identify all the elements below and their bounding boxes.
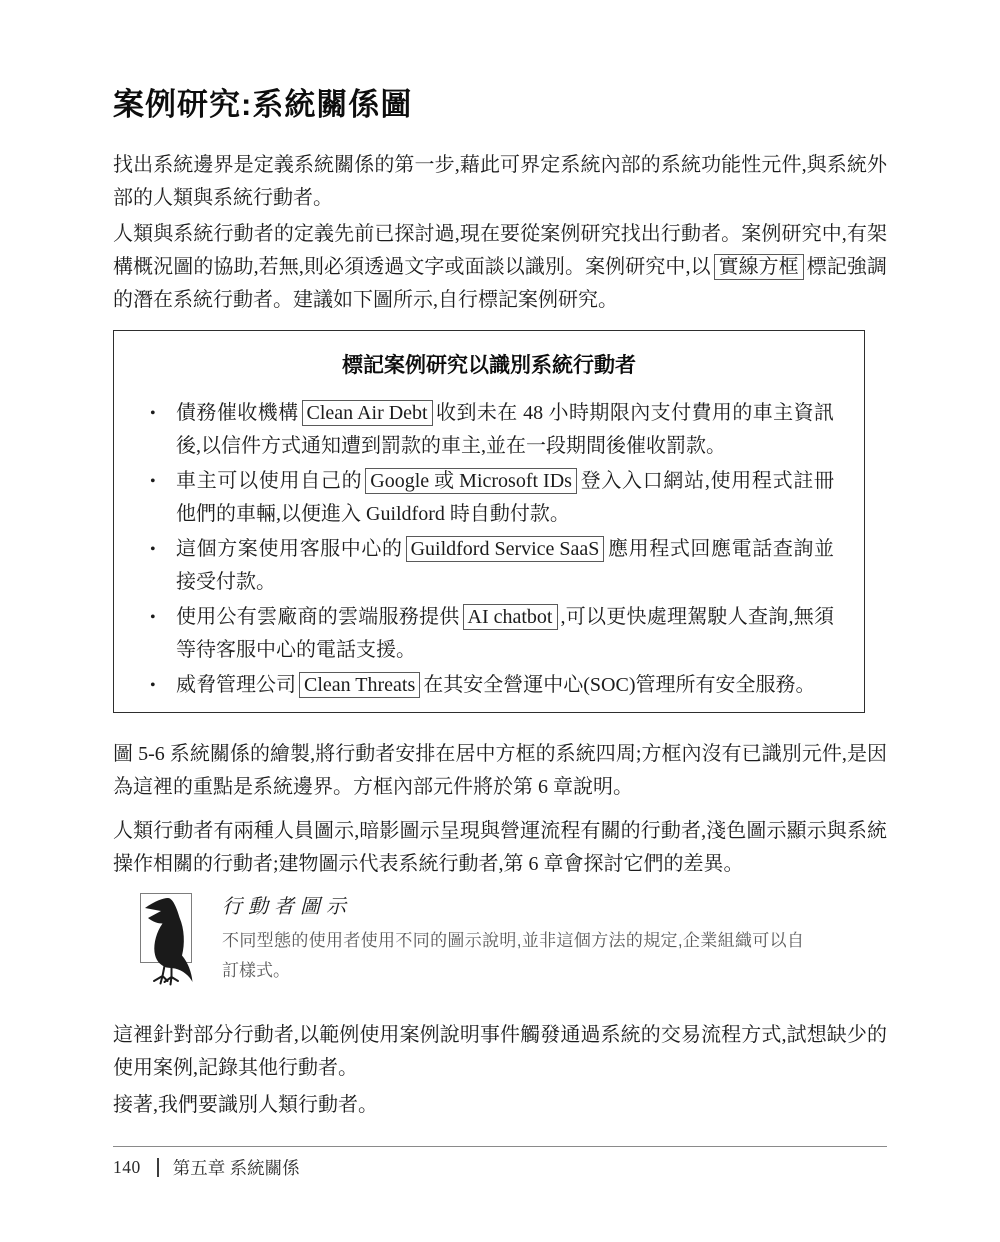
footer-divider (113, 1146, 887, 1147)
note-content: 行動者圖示 不同型態的使用者使用不同的圖示說明,並非這個方法的規定,企業組織可以… (222, 891, 804, 991)
bullet-text: 使用公有雲廠商的雲端服務提供 (176, 606, 460, 628)
paragraph-actors-definition: 人類與系統行動者的定義先前已探討過,現在要從案例研究找出行動者。案例研究中,有架… (113, 218, 887, 317)
page-content: 案例研究:系統關係圖 找出系統邊界是定義系統關係的第一步,藉此可界定系統內部的系… (0, 85, 1000, 1122)
paragraph-use-cases: 這裡針對部分行動者,以範例使用案例說明事件觸發通過系統的交易流程方式,試想缺少的… (113, 1019, 887, 1085)
bullet-text: 車主可以使用自己的 (176, 470, 362, 492)
paragraph-next-step: 接著,我們要識別人類行動者。 (113, 1089, 887, 1122)
footer-separator-bar (157, 1158, 159, 1177)
list-item: 威脅管理公司Clean Threats在其安全營運中心(SOC)管理所有安全服務… (144, 669, 834, 702)
inline-term-guildford-service-saas: Guildford Service SaaS (406, 536, 605, 562)
note-callout: 行動者圖示 不同型態的使用者使用不同的圖示說明,並非這個方法的規定,企業組織可以… (113, 891, 887, 991)
inline-term-clean-threats: Clean Threats (299, 672, 420, 698)
crow-icon (140, 893, 192, 963)
footer-line: 140 第五章 系統關係 (113, 1155, 887, 1180)
list-item: 使用公有雲廠商的雲端服務提供AI chatbot,可以更快處理駕駛人查詢,無須等… (144, 601, 834, 667)
paragraph-figure-5-6: 圖 5-6 系統關係的繪製,將行動者安排在居中方框的系統四周;方框內沒有已識別元… (113, 738, 887, 804)
chapter-title: 第五章 系統關係 (173, 1155, 300, 1180)
inline-term-google-microsoft-ids: Google 或 Microsoft IDs (365, 468, 577, 494)
paragraph-actor-icons: 人類行動者有兩種人員圖示,暗影圖示呈現與營運流程有關的行動者,淺色圖示顯示與系統… (113, 815, 887, 881)
bullet-text: 威脅管理公司 (176, 674, 296, 696)
inline-term-clean-air-debt: Clean Air Debt (302, 400, 433, 426)
page-number: 140 (113, 1157, 141, 1178)
bullet-text: 債務催收機構 (176, 402, 299, 424)
page-footer: 140 第五章 系統關係 (113, 1146, 887, 1180)
case-box-title: 標記案例研究以識別系統行動者 (144, 351, 834, 381)
case-study-box: 標記案例研究以識別系統行動者 債務催收機構Clean Air Debt收到未在 … (113, 330, 865, 713)
book-page: 案例研究:系統關係圖 找出系統邊界是定義系統關係的第一步,藉此可界定系統內部的系… (0, 0, 1000, 1242)
bullet-text: 在其安全營運中心(SOC)管理所有安全服務。 (423, 674, 815, 696)
note-body: 不同型態的使用者使用不同的圖示說明,並非這個方法的規定,企業組織可以自訂樣式。 (222, 926, 804, 986)
case-box-bullet-list: 債務催收機構Clean Air Debt收到未在 48 小時期限內支付費用的車主… (144, 397, 834, 702)
paragraph-system-boundary: 找出系統邊界是定義系統關係的第一步,藉此可界定系統內部的系統功能性元件,與系統外… (113, 149, 887, 215)
inline-term-ai-chatbot: AI chatbot (463, 604, 558, 630)
list-item: 這個方案使用客服中心的Guildford Service SaaS應用程式回應電… (144, 533, 834, 599)
bullet-text: 這個方案使用客服中心的 (176, 538, 403, 560)
list-item: 債務催收機構Clean Air Debt收到未在 48 小時期限內支付費用的車主… (144, 397, 834, 463)
list-item: 車主可以使用自己的Google 或 Microsoft IDs登入入口網站,使用… (144, 465, 834, 531)
note-heading: 行動者圖示 (222, 893, 804, 921)
inline-term-solid-box: 實線方框 (714, 254, 804, 280)
page-title: 案例研究:系統關係圖 (113, 85, 887, 125)
